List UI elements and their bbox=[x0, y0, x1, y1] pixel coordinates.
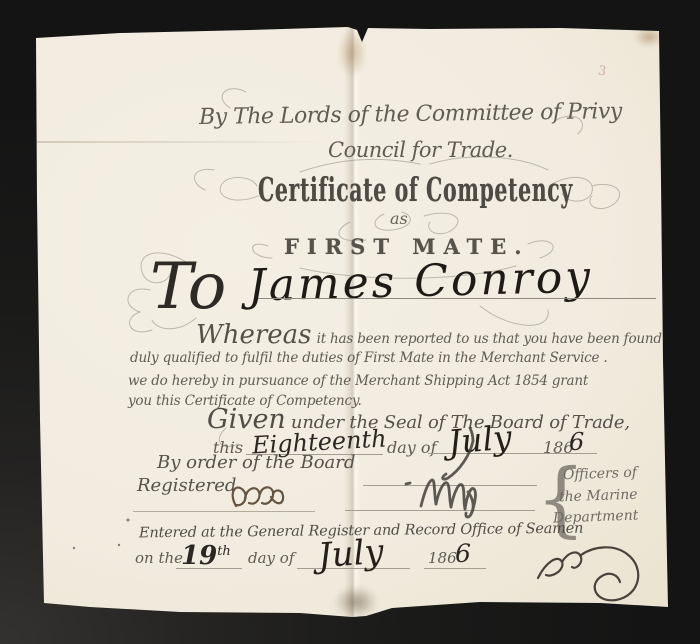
officer-signature bbox=[406, 428, 475, 517]
photo-background: 3 bbox=[0, 0, 700, 644]
ink-specks bbox=[73, 519, 130, 550]
record-office-signature bbox=[538, 547, 638, 600]
certificate-paper: 3 bbox=[0, 0, 700, 644]
registered-signature bbox=[233, 487, 283, 506]
signatures-layer bbox=[0, 0, 700, 644]
